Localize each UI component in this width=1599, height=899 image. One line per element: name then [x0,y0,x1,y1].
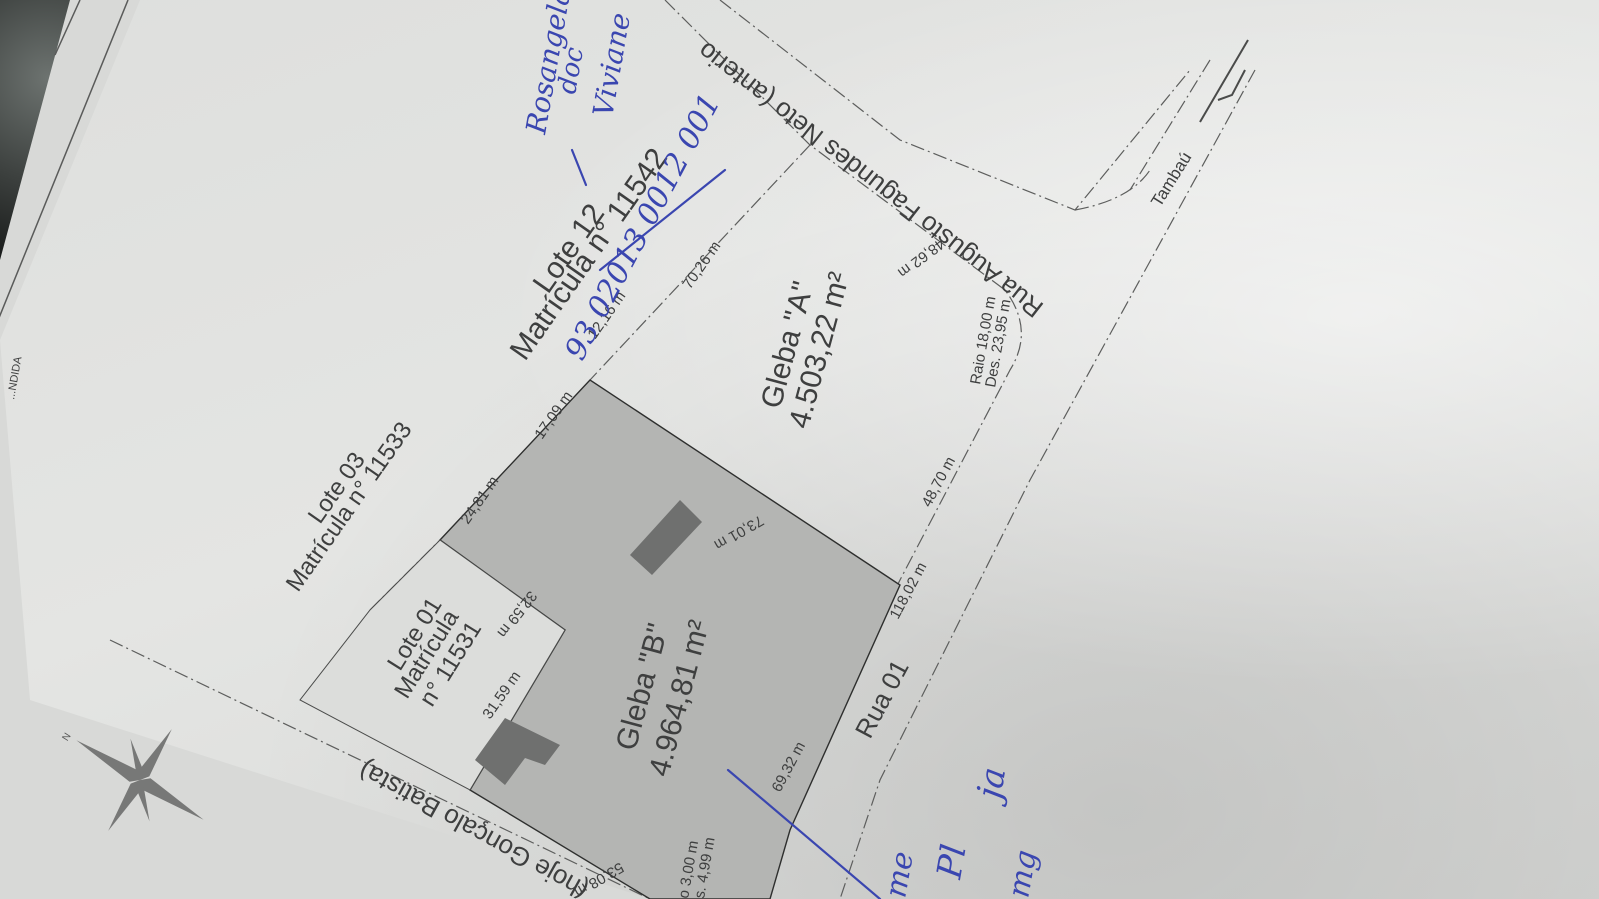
lote-03-label: Lote 03 Matrícula n° 11533 [281,417,418,596]
svg-text:Viviane: Viviane [586,10,637,119]
svg-text:N: N [60,731,73,743]
arrow-icon [1200,40,1248,122]
header-fragment: ...NDIDA [5,355,24,400]
svg-text:Matrícula n° 11533: Matrícula n° 11533 [281,417,418,596]
handwritten-dash [572,150,586,185]
svg-text:mg: mg [1001,847,1044,899]
handwritten-notes-top: Rosangela doc Viviane [519,0,637,137]
street-name-top: Rua Augusto Fagundes Neto (anterio [692,36,1049,324]
svg-text:me: me [878,849,920,899]
gleba-a-label: Gleba "A" 4.503,22 m² [755,269,856,432]
svg-text:Pl: Pl [929,841,974,882]
north-arrow-icon: N [32,681,236,870]
street-name-corner: Tambaú [1147,149,1195,210]
page-border [0,0,128,340]
dimension-label: 70,26 m [679,238,724,292]
survey-plan: N ...NDIDA Lote 03 Matrícula n° 11533 Lo… [0,0,1599,899]
dimension-label: 48,70 m [919,454,959,510]
handwritten-notes-bottom: me Pl ja mg [878,764,1044,899]
svg-text:ja: ja [968,764,1014,808]
